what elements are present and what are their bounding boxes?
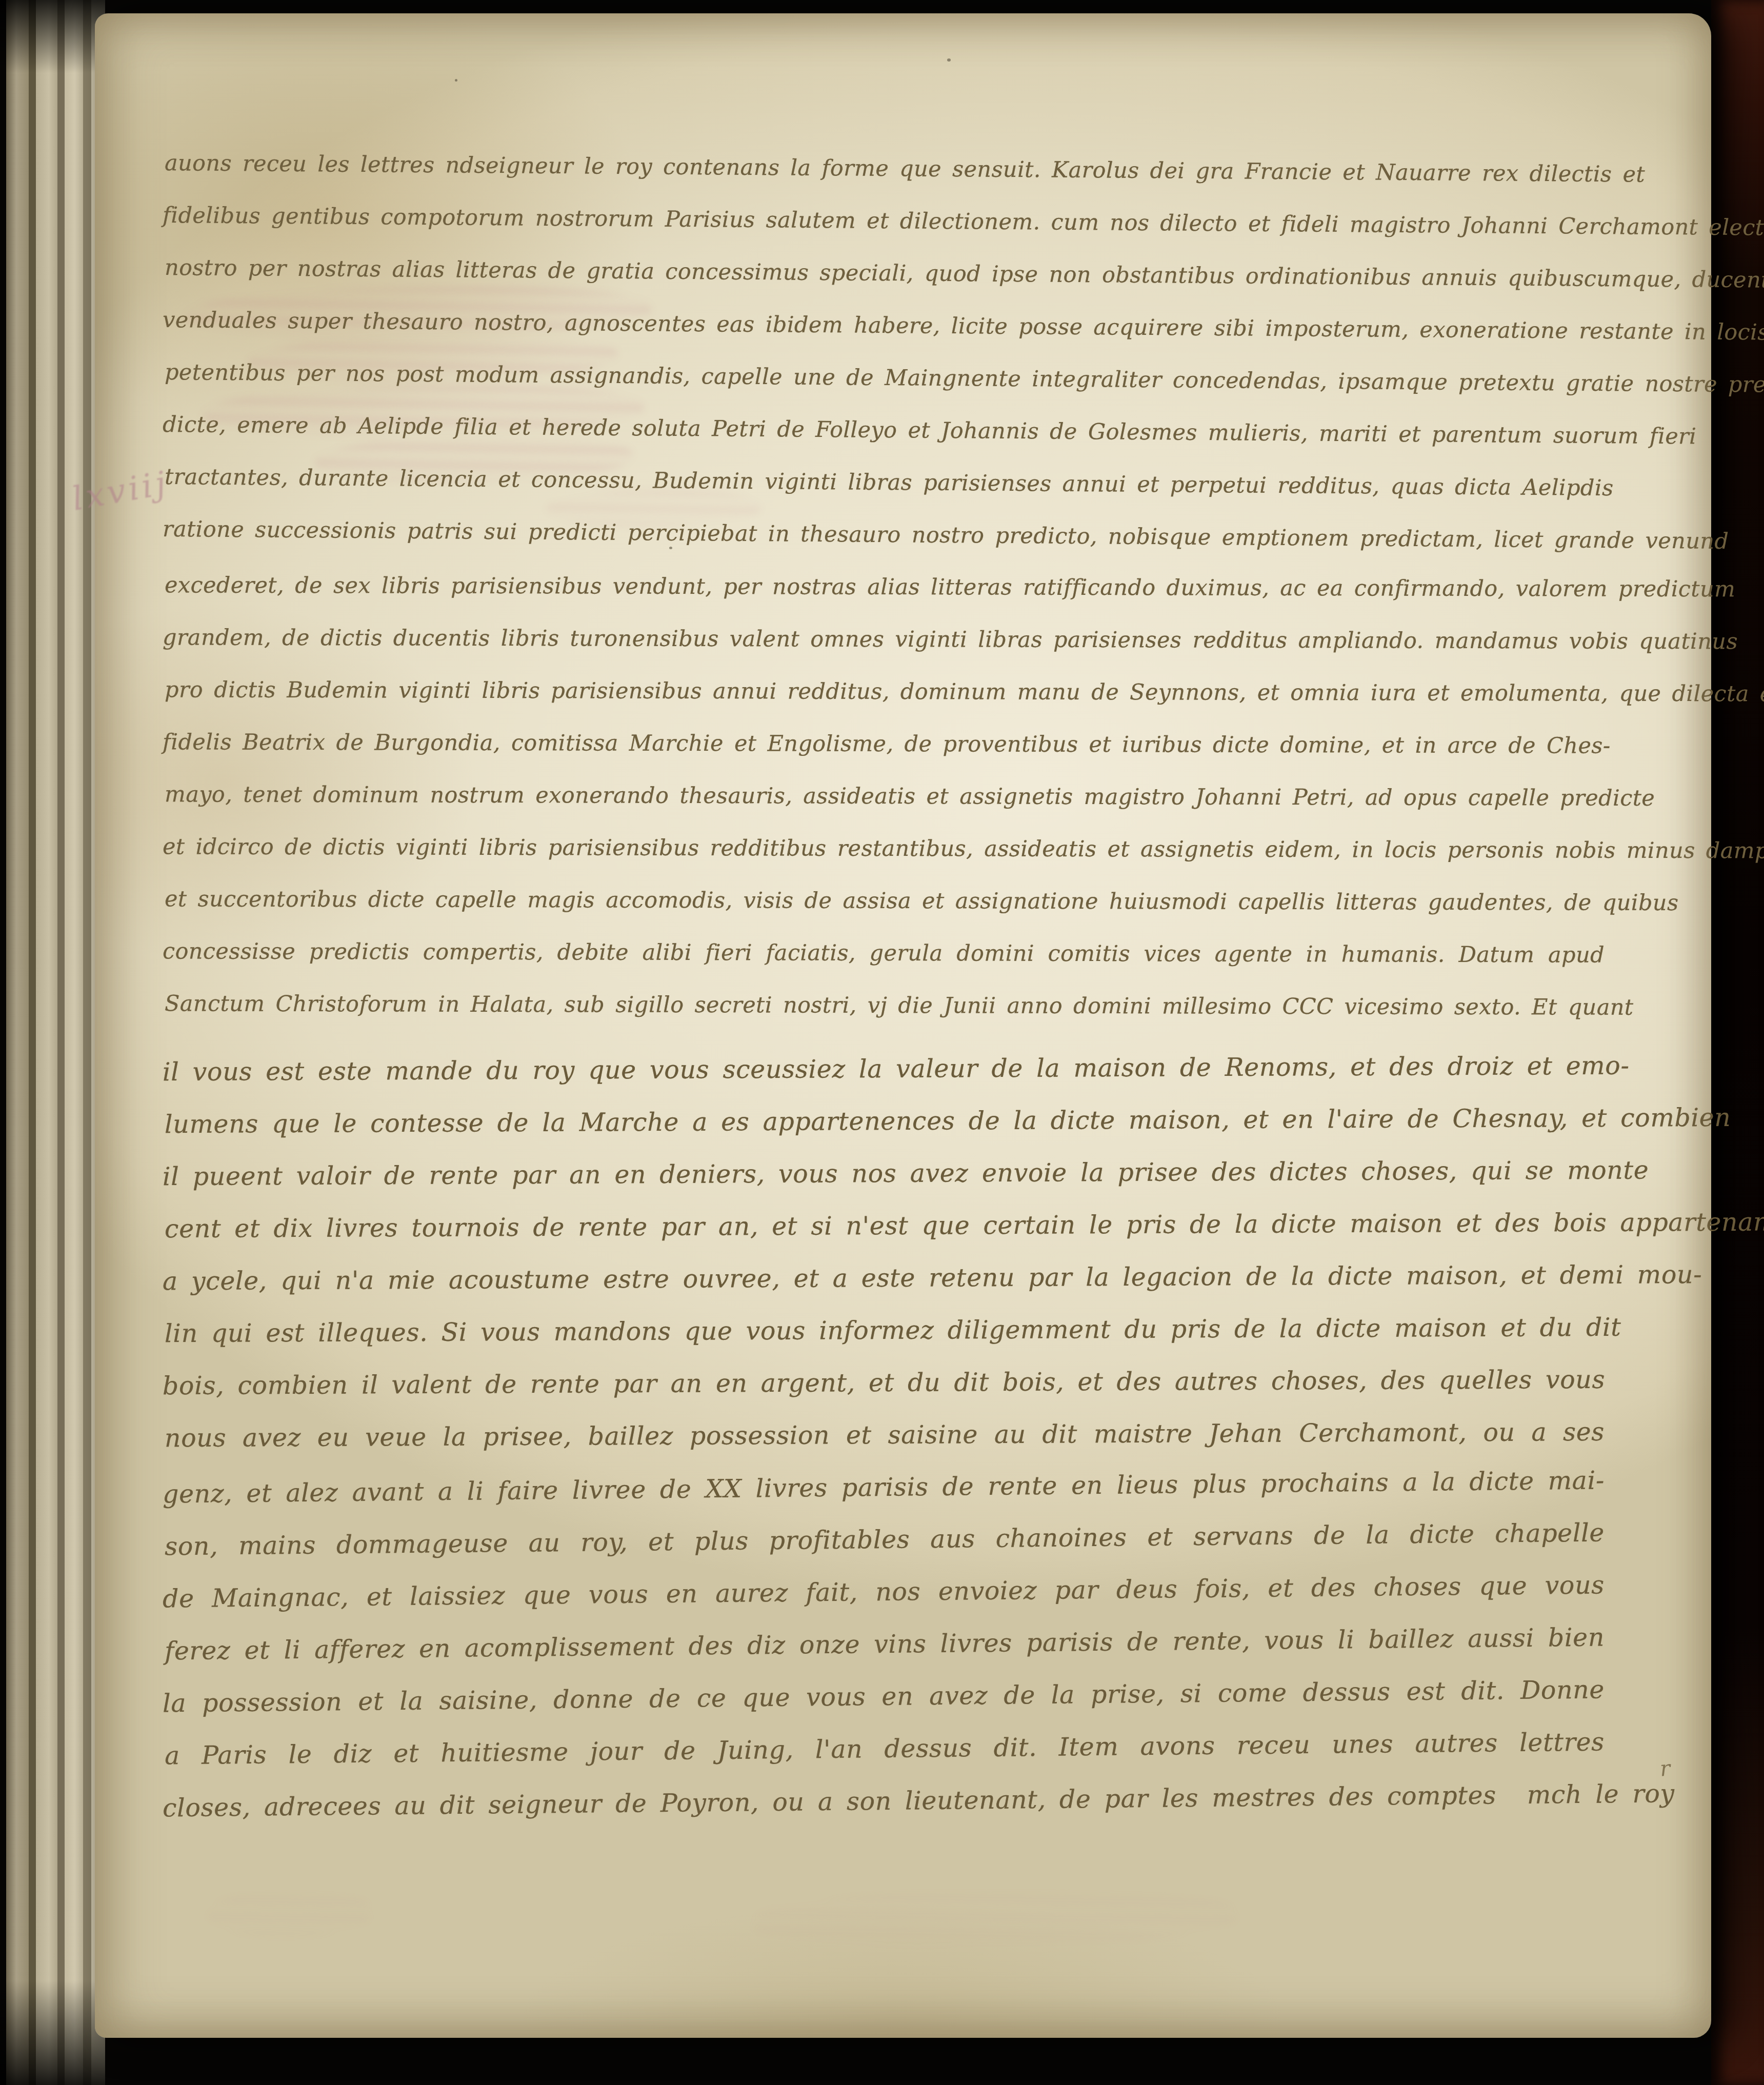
speck bbox=[455, 79, 457, 82]
text-block: auons receu les lettres ndseigneur le ro… bbox=[163, 143, 1605, 1828]
manuscript-line: il vous est este mande du roy que vous s… bbox=[163, 1040, 1605, 1098]
manuscript-line: pro dictis Budemin viginti libris parisi… bbox=[165, 664, 1605, 719]
manuscript-line: et idcirco de dictis viginti libris pari… bbox=[163, 820, 1605, 876]
manuscript-line: grandem, de dictis ducentis libris turon… bbox=[163, 611, 1605, 667]
manuscript-line: et succentoribus dicte capelle magis acc… bbox=[165, 873, 1605, 929]
manuscript-line: il pueent valoir de rente par an en deni… bbox=[163, 1145, 1605, 1203]
manuscript-line: cent et dix livres tournois de rente par… bbox=[165, 1197, 1605, 1255]
manuscript-line: Sanctum Christoforum in Halata, sub sigi… bbox=[165, 977, 1605, 1033]
manuscript-line: lumens que le contesse de la Marche a es… bbox=[165, 1092, 1605, 1151]
page-edges-stack bbox=[0, 0, 105, 2085]
manuscript-line: fidelis Beatrix de Burgondia, comitissa … bbox=[163, 716, 1605, 772]
closing-note: mch le roy bbox=[1527, 1768, 1675, 1821]
manuscript-line: mayo, tenet dominum nostrum exonerando t… bbox=[165, 768, 1605, 824]
binding-cover bbox=[1711, 0, 1764, 2085]
ink-showthrough bbox=[207, 1889, 372, 1938]
speck bbox=[947, 58, 951, 62]
manuscript-line: excederet, de sex libris parisiensibus v… bbox=[165, 559, 1605, 615]
ink-showthrough bbox=[751, 1886, 1239, 1951]
manuscript-line: bois, combien il valent de rente par an … bbox=[163, 1354, 1605, 1412]
manuscript-line: nous avez eu veue la prisee, baillez pos… bbox=[165, 1406, 1605, 1465]
manuscript-line: concessisse predictis compertis, debite … bbox=[163, 925, 1605, 981]
quire-mark: r bbox=[1659, 1755, 1671, 1781]
manuscript-photograph: lxviij auons receu les lettres ndseigneu… bbox=[0, 0, 1764, 2085]
manuscript-line: lin qui est illeques. Si vous mandons qu… bbox=[165, 1301, 1605, 1360]
manuscript-line: a ycele, qui n'a mie acoustume estre ouv… bbox=[163, 1249, 1605, 1308]
gutter-shadow bbox=[0, 0, 105, 2085]
manuscript-line: ratione successionis patris sui predicti… bbox=[163, 503, 1605, 567]
manuscript-page: lxviij auons receu les lettres ndseigneu… bbox=[95, 13, 1711, 2038]
